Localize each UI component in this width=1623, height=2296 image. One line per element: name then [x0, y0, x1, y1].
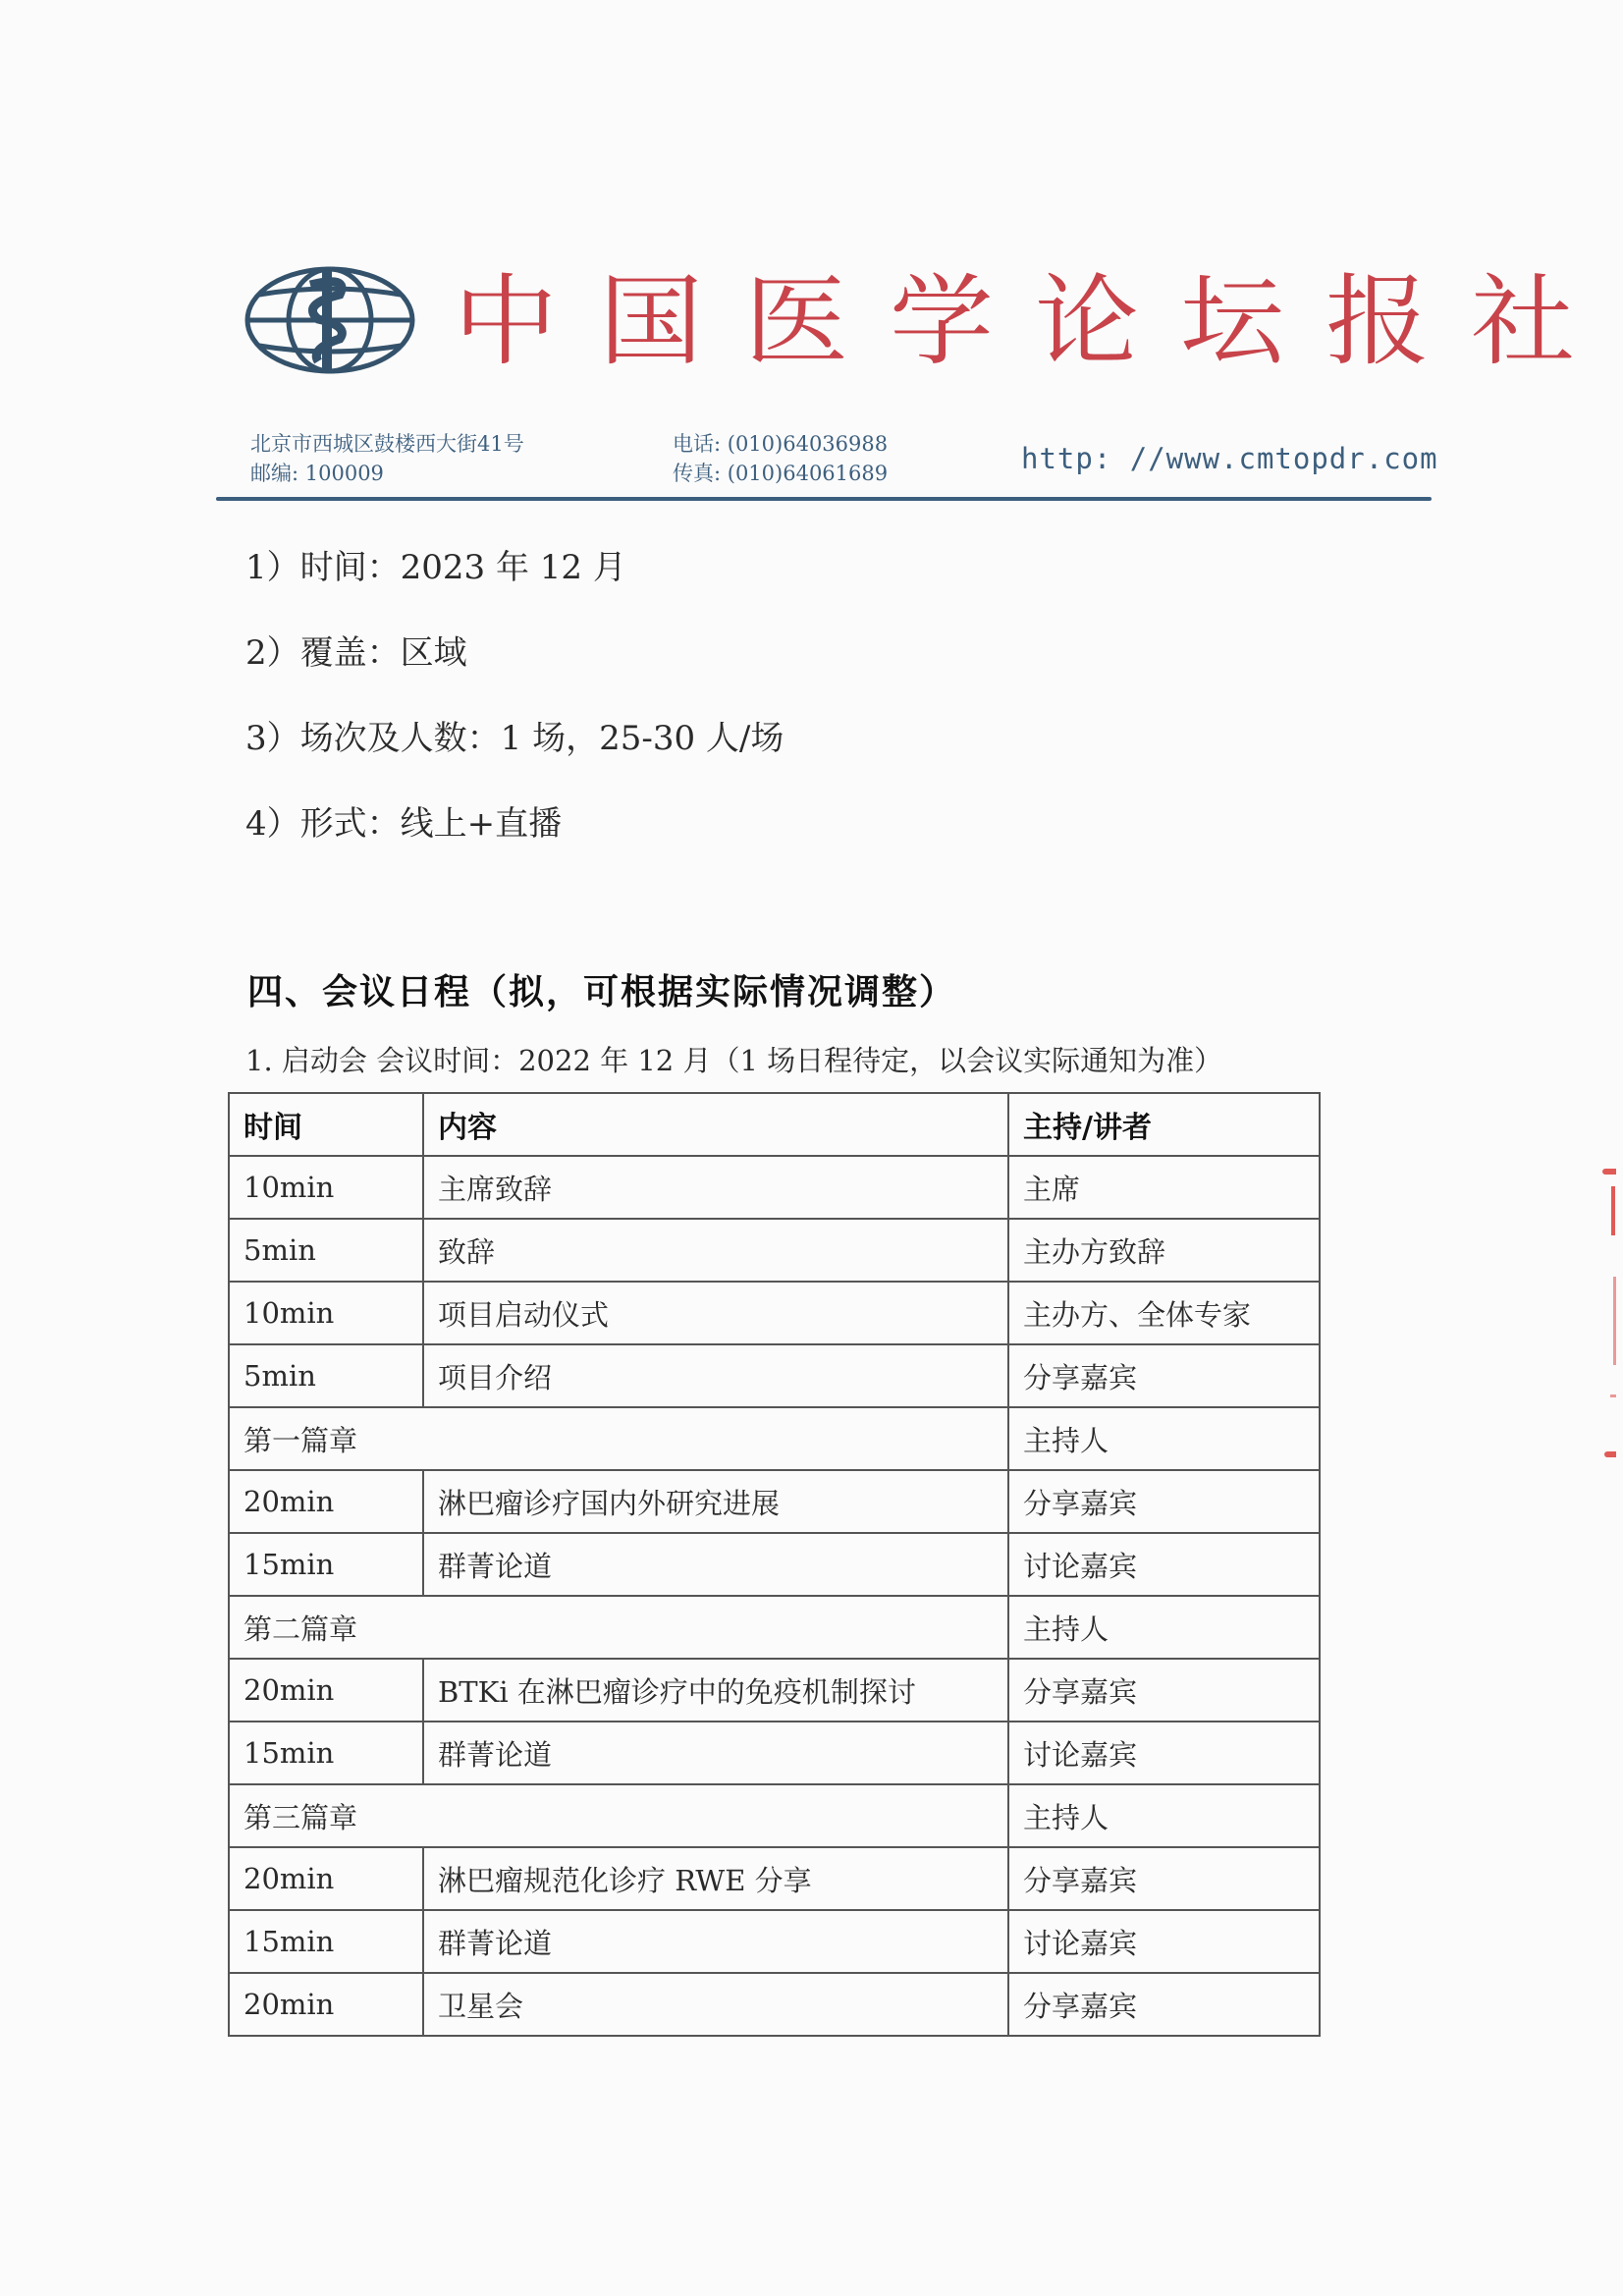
cell-speaker: 主持人 — [1008, 1407, 1320, 1470]
cell-time: 10min — [229, 1282, 423, 1344]
detail-sessions: 3）场次及人数：1 场，25-30 人/场 — [245, 711, 784, 759]
cell-time: 5min — [229, 1219, 423, 1282]
cell-content: BTKi 在淋巴瘤诊疗中的免疫机制探讨 — [423, 1659, 1008, 1722]
table-row: 20min BTKi 在淋巴瘤诊疗中的免疫机制探讨 分享嘉宾 — [229, 1659, 1320, 1722]
cell-speaker: 分享嘉宾 — [1008, 1659, 1320, 1722]
cell-content: 项目介绍 — [423, 1344, 1008, 1407]
cell-time: 20min — [229, 1659, 423, 1722]
cell-speaker: 分享嘉宾 — [1008, 1847, 1320, 1910]
table-header-row: 时间 内容 主持/讲者 — [229, 1093, 1320, 1156]
seal-edge-mark — [1604, 1451, 1616, 1457]
cell-time: 20min — [229, 1973, 423, 2036]
postcode-line: 邮编: 100009 — [250, 459, 524, 488]
cell-speaker: 主席 — [1008, 1156, 1320, 1219]
seal-edge-mark — [1610, 1394, 1616, 1397]
cell-content: 淋巴瘤诊疗国内外研究进展 — [423, 1470, 1008, 1533]
schedule-table: 时间 内容 主持/讲者 10min 主席致辞 主席 5min 致辞 主办方致辞 … — [228, 1092, 1321, 2037]
seal-edge-mark — [1613, 1277, 1616, 1365]
cell-speaker: 讨论嘉宾 — [1008, 1533, 1320, 1596]
cell-time: 15min — [229, 1910, 423, 1973]
cell-content: 主席致辞 — [423, 1156, 1008, 1219]
seal-edge-mark — [1611, 1186, 1615, 1235]
fax-line: 传真: (010)64061689 — [673, 459, 888, 488]
phone-line: 电话: (010)64036988 — [673, 429, 888, 459]
table-row: 20min 淋巴瘤诊疗国内外研究进展 分享嘉宾 — [229, 1470, 1320, 1533]
cell-speaker: 分享嘉宾 — [1008, 1973, 1320, 2036]
table-row: 15min 群菁论道 讨论嘉宾 — [229, 1722, 1320, 1784]
header-content: 内容 — [423, 1093, 1008, 1156]
cell-speaker: 分享嘉宾 — [1008, 1344, 1320, 1407]
cell-content: 项目启动仪式 — [423, 1282, 1008, 1344]
cell-time: 10min — [229, 1156, 423, 1219]
cell-content: 淋巴瘤规范化诊疗 RWE 分享 — [423, 1847, 1008, 1910]
detail-time: 1）时间：2023 年 12 月 — [245, 540, 626, 588]
detail-coverage: 2）覆盖：区域 — [245, 626, 467, 674]
org-name: 中国医学论坛报社 — [454, 266, 1616, 378]
table-row: 10min 项目启动仪式 主办方、全体专家 — [229, 1282, 1320, 1344]
table-row: 15min 群菁论道 讨论嘉宾 — [229, 1533, 1320, 1596]
chapter-row: 第一篇章 主持人 — [229, 1407, 1320, 1470]
cell-speaker: 讨论嘉宾 — [1008, 1910, 1320, 1973]
table-row: 5min 项目介绍 分享嘉宾 — [229, 1344, 1320, 1407]
chapter-row: 第三篇章 主持人 — [229, 1784, 1320, 1847]
detail-format: 4）形式：线上+直播 — [245, 796, 562, 845]
table-row: 15min 群菁论道 讨论嘉宾 — [229, 1910, 1320, 1973]
cell-chapter-title: 第二篇章 — [229, 1596, 1008, 1659]
cell-time: 20min — [229, 1470, 423, 1533]
cell-content: 群菁论道 — [423, 1722, 1008, 1784]
cell-speaker: 主办方致辞 — [1008, 1219, 1320, 1282]
section-title: 四、会议日程（拟，可根据实际情况调整） — [247, 964, 956, 1014]
cell-time: 15min — [229, 1722, 423, 1784]
cell-content: 群菁论道 — [423, 1533, 1008, 1596]
table-row: 5min 致辞 主办方致辞 — [229, 1219, 1320, 1282]
cell-time: 5min — [229, 1344, 423, 1407]
table-row: 20min 卫星会 分享嘉宾 — [229, 1973, 1320, 2036]
cell-speaker: 主办方、全体专家 — [1008, 1282, 1320, 1344]
cell-time: 15min — [229, 1533, 423, 1596]
cell-speaker: 分享嘉宾 — [1008, 1470, 1320, 1533]
cell-content: 卫星会 — [423, 1973, 1008, 2036]
cell-chapter-title: 第三篇章 — [229, 1784, 1008, 1847]
contact-block: 电话: (010)64036988 传真: (010)64061689 — [673, 429, 888, 488]
cell-content: 群菁论道 — [423, 1910, 1008, 1973]
cell-speaker: 主持人 — [1008, 1596, 1320, 1659]
cell-chapter-title: 第一篇章 — [229, 1407, 1008, 1470]
table-row: 20min 淋巴瘤规范化诊疗 RWE 分享 分享嘉宾 — [229, 1847, 1320, 1910]
chapter-row: 第二篇章 主持人 — [229, 1596, 1320, 1659]
cell-speaker: 讨论嘉宾 — [1008, 1722, 1320, 1784]
header-time: 时间 — [229, 1093, 423, 1156]
address-block: 北京市西城区鼓楼西大街41号 邮编: 100009 — [250, 429, 524, 488]
address-line: 北京市西城区鼓楼西大街41号 — [250, 429, 524, 459]
header-divider — [216, 497, 1432, 501]
logo-globe-caduceus-icon — [242, 265, 418, 375]
cell-content: 致辞 — [423, 1219, 1008, 1282]
table-row: 10min 主席致辞 主席 — [229, 1156, 1320, 1219]
cell-time: 20min — [229, 1847, 423, 1910]
cell-speaker: 主持人 — [1008, 1784, 1320, 1847]
section-subtitle: 1. 启动会 会议时间：2022 年 12 月（1 场日程待定，以会议实际通知为… — [245, 1039, 1222, 1079]
header-speaker: 主持/讲者 — [1008, 1093, 1320, 1156]
website-link[interactable]: http: //www.cmtopdr.com — [1021, 442, 1438, 475]
seal-edge-mark — [1602, 1169, 1616, 1175]
